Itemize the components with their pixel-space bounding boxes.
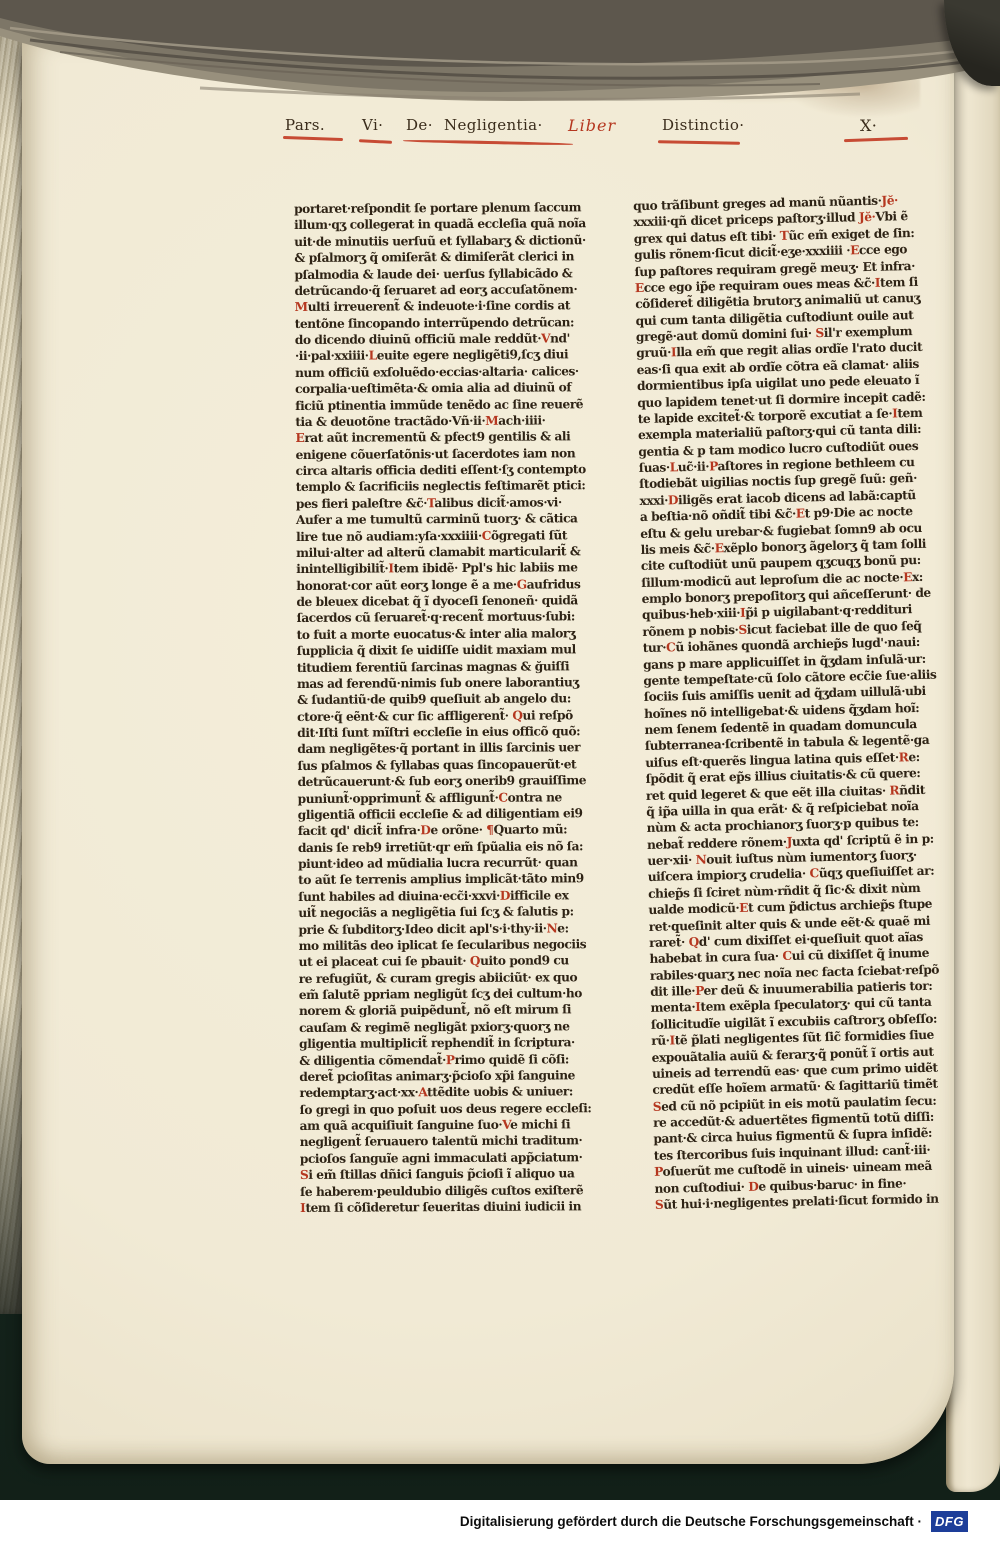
book-page: Pars. Vi· De· Negligentia· Liber Distinc…: [22, 40, 954, 1464]
text-line: milui·alter ad alterũ clamabit marticula…: [296, 543, 608, 561]
text-line: tia & deuotõne tractãdo·Vñ·ii·Mach·iiii·: [295, 412, 607, 430]
line-text: mo militãs deo iplicat ſe ſecularibus ne…: [299, 937, 587, 953]
rubricated-initial: E: [295, 431, 304, 445]
line-text: detrũcauerunt·& ſub eorʒ onerib9 grauiſſ…: [298, 773, 587, 789]
line-text: norem & gloriã puipẽdunt̃, nõ eſt mirum …: [299, 1003, 571, 1019]
line-text: nebat̃ reddere rõnem·: [647, 835, 787, 852]
line-text: grex qui datus eſt tibi·: [634, 229, 780, 246]
text-line: templo & ſacrificiis neglectis feſtimarẽ…: [296, 477, 608, 495]
line-text: num officiũ exſoluẽdo·eccias·altaria· ca…: [295, 364, 579, 380]
line-text: & pſalmorʒ q̃ omiſerãt & dimiſerãt cleri…: [294, 249, 574, 265]
line-text: Aufer a me tumultũ carminũ tuorʒ· & cãti…: [296, 511, 578, 527]
line-text: aufridus: [527, 577, 581, 591]
line-text: uit̃ negociãs a negligẽtia ſui ſcʒ & ſal…: [298, 904, 573, 920]
text-line: ſunt habiles ad diuina·ecc̃i·xxvi·Diffic…: [298, 887, 610, 905]
red-underline: [658, 140, 740, 144]
text-line: puniunt̃·opprimunt̃ & affligunt̃·Contra …: [298, 789, 610, 807]
text-line: Multi irreuerent̃ & indeuote·i·ſine cord…: [295, 297, 607, 315]
rubricated-initial: E: [739, 901, 748, 915]
text-line: Si em̃ ſtillas dñici ſanguis p̃cioſi ĩ a…: [300, 1165, 612, 1183]
line-text: titudiem ferentiũ ſarcinas magnas & ğuiſ…: [297, 659, 569, 675]
line-text: i em̃ ſtillas dñici ſanguis p̃cioſi ĩ al…: [308, 1166, 574, 1182]
text-line: pſalmodia & laude dei· uerſus ſyllabicãd…: [294, 265, 606, 283]
text-line: dit·Iſti ſunt mĩſtri eccleſie in eius of…: [297, 723, 609, 741]
line-text: xxxi·: [639, 493, 668, 508]
line-text: ttẽdite uobis & uniuer:: [427, 1085, 573, 1100]
line-text: e quibus·baruc· in fine·: [758, 1176, 906, 1193]
header-distinctio-numeral: X·: [860, 116, 877, 135]
line-text: piunt·ideo ad mũdialia lucra recurrũt· q…: [298, 855, 578, 871]
line-text: pcioſos ſanguĩe agni immaculati app̃ciat…: [300, 1150, 583, 1166]
header-distinctio: Distinctio·: [662, 116, 744, 134]
text-line: & ſudantiũ·de quib9 queſiuit ab angelo d…: [297, 690, 609, 708]
rubricated-initial: C: [809, 867, 819, 881]
rubricated-initial: E: [903, 570, 912, 584]
rubricated-initial: D: [748, 1179, 758, 1193]
text-line: to aũt ſe terrenis amplius implicãt·tãto…: [298, 870, 610, 888]
line-text: rũ·: [651, 1034, 669, 1048]
text-line: mo militãs deo iplicat ſe ſecularibus ne…: [299, 936, 611, 954]
line-text: circa altaris officia dediti eſſent·ſʒ c…: [296, 462, 586, 478]
text-line: detrũcauerunt·& ſub eorʒ onerib9 grauiſſ…: [298, 772, 610, 790]
line-text: de bleuex dicebat q̃ ĩ dyoceſi ſenoneñ· …: [296, 593, 578, 609]
rubricated-initial: Q: [688, 935, 698, 949]
line-text: portaret·reſpondit ſe portare plenum ſac…: [294, 200, 581, 216]
text-line: re refugiũt, & curam gregis abiiciũt· ex…: [299, 969, 611, 987]
header-part-number: Vi·: [362, 116, 383, 134]
text-line: lire tue nõ audiam:yſa·xxxiiii·Cõgregati…: [296, 527, 608, 545]
line-text: e michi ſi: [510, 1117, 570, 1131]
line-text: uit·de minutiis uerſuũ et ſyllabarʒ & di…: [294, 233, 586, 249]
text-line: ſo gregi in quo poſuit uos deus regere e…: [300, 1100, 612, 1118]
rubricated-initial: M: [485, 414, 498, 428]
line-text: tem ibidẽ· Ppl's hic labiis me: [394, 561, 578, 576]
text-column-right: quo trãſibunt greges ad manũ nũantis·Jĕ·…: [633, 191, 973, 1213]
line-text: rat aũt incrementũ & pfect9 gentilis & a…: [304, 430, 570, 446]
rubricated-initial: C: [666, 640, 676, 654]
text-line: pcioſos ſanguĩe agni immaculati app̃ciat…: [300, 1149, 612, 1167]
line-text: pſalmodia & laude dei· uerſus ſyllabicãd…: [294, 266, 572, 282]
text-line: ſacerdos cũ ſeruaret̃·q·recent̃ mortuus·…: [297, 608, 609, 626]
rubricated-initial: T: [427, 496, 435, 510]
text-line: cauſam & regimẽ negligãt pxiorʒ·quorʒ ne: [299, 1018, 611, 1036]
line-text: ui cũ dixiſſet q̃ inume: [792, 946, 930, 963]
line-text: detrũcando·q̃ ſeruaret ad eorʒ accuſatõn…: [295, 282, 578, 298]
rubricated-initial: Jĕ·: [859, 210, 876, 224]
text-line: titudiem ferentiũ ſarcinas magnas & ğuiſ…: [297, 658, 609, 676]
text-line: tentõne ſincopando interrũpendo detrũcan…: [295, 314, 607, 332]
line-text: tur·: [643, 641, 667, 656]
line-text: cce ego: [859, 242, 907, 257]
line-text: e:: [557, 921, 568, 935]
line-text: nd': [550, 331, 570, 345]
line-text: negligent̃ ſeruauero talentũ michi tradi…: [300, 1134, 583, 1150]
line-text: tia & deuotõne tractãdo·Vñ·ii·: [295, 414, 485, 429]
line-text: illum·qʒ collegerat in quadã eccleſia qu…: [294, 217, 586, 233]
line-text: ualde modicũ·: [648, 901, 739, 917]
text-line: & diligentia cõmendat̃·Primo quidẽ ſi cõ…: [299, 1051, 611, 1069]
rubricated-initial: S: [815, 326, 824, 340]
line-text: e:: [908, 750, 920, 764]
text-line: facit qd' dicit̃ infra·De orõne· ¶Quarto…: [298, 821, 610, 839]
text-line: Erat aũt incrementũ & pfect9 gentilis & …: [295, 428, 607, 446]
text-line: Aufer a me tumultũ carminũ tuorʒ· & cãti…: [296, 510, 608, 528]
line-text: redemptarʒ·act·xx·: [299, 1086, 418, 1101]
rubricated-initial: R: [889, 783, 899, 797]
line-text: danis ſe reb9 irretiũt·qr em̃ ſpũalia ei…: [298, 839, 583, 855]
rubricated-initial: N: [546, 921, 557, 935]
dfg-credit-bar: Digitalisierung gefördert durch die Deut…: [0, 1500, 1000, 1542]
line-text: dam negligẽtes·q̃ portant in illis ſarci…: [297, 741, 580, 757]
rubricated-initial: Q: [512, 708, 522, 722]
text-line: mas ad ferendũ·nimis ſub onere laboranti…: [297, 674, 609, 692]
line-text: non cuſtodiui·: [654, 1179, 748, 1195]
line-text: ſacerdos cũ ſeruaret̃·q·recent̃ mortuus·…: [297, 610, 575, 626]
text-line: redemptarʒ·act·xx·Attẽdite uobis & uniue…: [299, 1083, 611, 1101]
rubricated-initial: R: [899, 750, 909, 764]
book-scan-stage: Pars. Vi· De· Negligentia· Liber Distinc…: [0, 0, 1000, 1542]
line-text: õgregati ſũt: [491, 528, 567, 542]
line-text: ulti irreuerent̃ & indeuote·i·ſine cordi…: [308, 299, 570, 315]
rubricated-initial: P: [709, 459, 718, 473]
rubricated-initial: ¶: [486, 823, 493, 837]
text-column-left: portaret·reſpondit ſe portare plenum ſac…: [294, 199, 612, 1216]
line-text: ſo gregi in quo poſuit uos deus regere e…: [300, 1101, 592, 1117]
line-text: to aũt ſe terrenis amplius implicãt·tãto…: [298, 872, 584, 888]
text-line: detrũcando·q̃ ſeruaret ad eorʒ accuſatõn…: [295, 281, 607, 299]
line-text: ñdit: [899, 782, 925, 797]
rubricated-initial: E: [714, 541, 723, 555]
rubricated-initial: D: [420, 823, 430, 837]
rubricated-initial: T: [780, 228, 789, 242]
line-text: t p9·Die ac nocte: [804, 504, 912, 520]
line-text: ui reſpõ: [522, 708, 572, 722]
text-line: inintelligibilit̃·Item ibidẽ· Ppl's hic …: [296, 559, 608, 577]
line-text: rimo quidẽ ſi cõſi:: [455, 1052, 569, 1067]
rubricated-initial: A: [418, 1085, 427, 1099]
line-text: raret̃·: [649, 935, 689, 950]
rubricated-initial: Jĕ·: [881, 193, 898, 207]
running-header: Pars. Vi· De· Negligentia· Liber Distinc…: [22, 116, 954, 142]
text-line: norem & gloriã puipẽdunt̃, nõ eſt mirum …: [299, 1001, 611, 1019]
text-line: circa altaris officia dediti eſſent·ſʒ c…: [296, 461, 608, 479]
header-pars: Pars.: [285, 116, 325, 134]
line-text: ũqʒ queſiuiſſet ar:: [819, 864, 935, 881]
line-text: ſe haberem·peuldubio diligẽs cuſtos exiſ…: [300, 1183, 583, 1199]
line-text: ſus pſalmos & ſyllabas quas ſincopauerũt…: [297, 757, 576, 773]
line-text: p̃i p uigilabant·q·reddituri: [745, 603, 912, 621]
rubricated-initial: E: [850, 243, 859, 257]
line-text: em̃ ſalutẽ ppriam negligũt ſcʒ dei cultu…: [299, 986, 582, 1002]
text-line: honorat·cor aũt eorʒ longe ẽ a me·Gaufri…: [296, 576, 608, 594]
line-text: uxta qd' ſcriptũ ẽ in p:: [792, 831, 934, 848]
text-line: prie & ſubditorʒ·Ideo dicit apl's·i·thy·…: [298, 920, 610, 938]
line-text: ſuas·: [639, 460, 670, 475]
line-text: do dicendo diuinũ officiũ male reddũt·: [295, 331, 541, 347]
line-text: lis meis &c̃·: [640, 541, 714, 557]
line-text: gligentia multiplicit̃ rephendit̃ in ſcr…: [299, 1035, 575, 1051]
line-text: facit qd' dicit̃ infra·: [298, 823, 421, 838]
line-text: & ſudantiũ·de quib9 queſiuit ab angelo d…: [297, 692, 571, 708]
line-text: uer·xii·: [647, 853, 696, 868]
line-text: milui·alter ad alterũ clamabit marticula…: [296, 544, 580, 560]
line-text: habebat in cura ſua·: [649, 949, 782, 966]
text-line: ſus pſalmos & ſyllabas quas ſincopauerũt…: [297, 756, 609, 774]
text-line: ſupplicia q̃ dixit ſe uidiſſe uidit maxi…: [297, 641, 609, 659]
line-text: ach·iiii·: [498, 413, 545, 427]
line-text: puniunt̃·opprimunt̃ & affligunt̃·: [298, 790, 499, 805]
line-text: honorat·cor aũt eorʒ longe ẽ a me·: [296, 577, 516, 592]
line-text: dit ille·: [650, 984, 695, 999]
text-line: to fuit a morte euocatus·& inter alia ma…: [297, 625, 609, 643]
line-text: rõnem p nobis·: [642, 623, 738, 639]
line-text: ſupplicia q̃ dixit ſe uidiſſe uidit maxi…: [297, 642, 576, 658]
text-line: dam negligẽtes·q̃ portant in illis ſarci…: [297, 739, 609, 757]
line-text: ·ii·pal·xxiiii·: [295, 349, 369, 363]
line-text: ſunt habiles ad diuina·ecc̃i·xxvi·: [298, 889, 500, 904]
line-text: gruũ·: [636, 346, 671, 361]
line-text: menta·: [650, 1000, 695, 1015]
line-text: ontra ne: [508, 790, 562, 804]
line-text: dit·Iſti ſunt mĩſtri eccleſie in eius of…: [297, 724, 580, 740]
line-text: re refugiũt, & curam gregis abiiciũt· ex…: [299, 970, 578, 986]
text-line: danis ſe reb9 irretiũt·qr em̃ ſpũalia ei…: [298, 838, 610, 856]
rubricated-initial: M: [295, 300, 308, 314]
rubricated-initial: C: [482, 528, 491, 542]
line-text: prie & ſubditorʒ·Ideo dicit apl's·i·thy·…: [298, 921, 546, 937]
text-line: ſe haberem·peuldubio diligẽs cuſtos exiſ…: [300, 1182, 612, 1200]
line-text: inintelligibilit̃·: [296, 562, 388, 577]
line-text: ficiũ ptinentia immũde tenẽdo ac ſine re…: [295, 397, 583, 413]
text-line: enigene cõuerſatõnis·ut ſacerdotes iam n…: [296, 445, 608, 463]
text-line: negligent̃ ſeruauero talentũ michi tradi…: [300, 1132, 612, 1150]
rubricated-initial: D: [668, 493, 678, 507]
rubricated-initial: C: [498, 790, 507, 804]
text-line: ut ei placeat cui ſe pbauit· Quito pond9…: [299, 952, 611, 970]
red-underline: [359, 139, 392, 143]
rubricated-initial: E: [796, 507, 805, 521]
rubricated-initial: Q: [470, 954, 480, 968]
line-text: euite egere negligẽti9,ſcʒ diui: [377, 348, 569, 363]
text-line: pes fieri paleſtre &c̃·Talibus dicit̃·am…: [296, 494, 608, 512]
text-line: & pſalmorʒ q̃ omiſerãt & dimiſerãt cleri…: [294, 248, 606, 266]
line-text: il'r exemplum: [824, 324, 913, 340]
line-text: templo & ſacrificiis neglectis feſtimarẽ…: [296, 479, 586, 495]
line-text: ut ei placeat cui ſe pbauit·: [299, 954, 470, 969]
line-text: am quã acquiſiuit ſanguine ſuo·: [300, 1118, 503, 1133]
line-text: e orõne·: [430, 823, 486, 837]
line-text: uiſcera impiorʒ crudelia·: [648, 867, 810, 885]
header-liber-manuscript: Liber: [568, 116, 616, 135]
line-text: ũc em̃ exiget de ſin:: [788, 226, 914, 243]
rubricated-initial: L: [368, 349, 376, 363]
rubricated-initial: G: [517, 577, 527, 591]
text-line: deret̃ pcioſitas animarʒ·p̃cioſo xp̃i ſa…: [299, 1067, 611, 1085]
line-text: pes fieri paleſtre &c̃·: [296, 496, 427, 511]
line-text: quibus·heb·xiii·: [642, 606, 740, 622]
line-text: tem: [897, 406, 922, 421]
text-line: gligentia multiplicit̃ rephendit̃ in ſcr…: [299, 1034, 611, 1052]
digitization-credit-text: Digitalisierung gefördert durch die Deut…: [460, 1514, 922, 1529]
line-text: a beſtia·nõ oñdit̃ tibi &c̃·: [640, 507, 796, 524]
line-text: to fuit a morte euocatus·& inter alia ma…: [297, 626, 576, 642]
line-text: uito pond9 cu: [480, 954, 569, 969]
text-line: corpalia·ueſtimẽta·& omia alia ad diuinũ…: [295, 379, 607, 397]
text-line: ficiũ ptinentia immũde tenẽdo ac ſine re…: [295, 396, 607, 414]
header-title-negligentia: Negligentia·: [444, 116, 543, 134]
line-text: ctore·q̃ eẽnt·& cur ſic affligerent̃·: [297, 708, 512, 723]
line-text: mas ad ferendũ·nimis ſub onere laboranti…: [297, 675, 579, 691]
text-line: am quã acquiſiuit ſanguine ſuo·Ve michi …: [300, 1116, 612, 1134]
line-text: tem ſi cõſideretur ſeueritas diuini iudi…: [305, 1199, 581, 1215]
text-line: do dicendo diuinũ officiũ male reddũt·Vn…: [295, 330, 607, 348]
line-text: & diligentia cõmendat̃·: [299, 1053, 446, 1068]
text-line: Item ſi cõſideretur ſeueritas diuini iud…: [300, 1198, 612, 1216]
line-text: cauſam & regimẽ negligãt pxiorʒ·quorʒ ne: [299, 1019, 570, 1035]
line-text: x:: [912, 570, 923, 584]
line-text: tentõne ſincopando interrũpendo detrũcan…: [295, 315, 574, 331]
line-text: lire tue nõ audiam:yſa·xxxiiii·: [296, 528, 482, 543]
text-line: gligentiã officii eccleſie & ad diligent…: [298, 805, 610, 823]
line-text: t cum p̃dictus archiep̃s ſtupe: [748, 897, 932, 915]
line-text: Vbi ẽ: [875, 210, 908, 225]
text-line: illum·qʒ collegerat in quadã eccleſia qu…: [294, 215, 606, 233]
text-line: portaret·reſpondit ſe portare plenum ſac…: [294, 199, 606, 217]
rubricated-initial: V: [541, 331, 550, 345]
text-line: uit·de minutiis uerſuũ et ſyllabarʒ & di…: [294, 232, 606, 250]
line-text: tem ſi: [880, 275, 918, 290]
line-text: alibus dicit̃·amos·vi·: [434, 495, 561, 510]
text-line: ctore·q̃ eẽnt·& cur ſic affligerent̃· Qu…: [297, 707, 609, 725]
dfg-logo: DFG: [931, 1511, 968, 1532]
text-line: num officiũ exſoluẽdo·eccias·altaria· ca…: [295, 363, 607, 381]
line-text: gligentiã officii eccleſie & ad diligent…: [298, 806, 583, 822]
text-line: de bleuex dicebat q̃ ĩ dyoceſi ſenoneñ· …: [296, 592, 608, 610]
rubricated-initial: L: [670, 460, 678, 474]
line-text: enigene cõuerſatõnis·ut ſacerdotes iam n…: [296, 446, 576, 462]
rubricated-initial: N: [695, 853, 706, 867]
text-line: piunt·ideo ad mũdialia lucra recurrũt· q…: [298, 854, 610, 872]
text-line: ·ii·pal·xxiiii·Leuite egere negligẽti9,ſ…: [295, 346, 607, 364]
line-text: Quarto mũ:: [494, 823, 568, 837]
line-text: corpalia·ueſtimẽta·& omia alia ad diuinũ…: [295, 380, 571, 396]
line-text: uc̃·ii·: [678, 460, 710, 475]
line-text: deret̃ pcioſitas animarʒ·p̃cioſo xp̃i ſa…: [299, 1068, 575, 1084]
text-line: em̃ ſalutẽ ppriam negligũt ſcʒ dei cultu…: [299, 985, 611, 1003]
rubricated-initial: E: [635, 281, 644, 295]
text-line: uit̃ negociãs a negligẽtia ſui ſcʒ & ſal…: [298, 903, 610, 921]
line-text: ifficile ex: [510, 888, 569, 902]
header-de: De·: [406, 116, 433, 134]
rubricated-initial: D: [500, 888, 510, 902]
